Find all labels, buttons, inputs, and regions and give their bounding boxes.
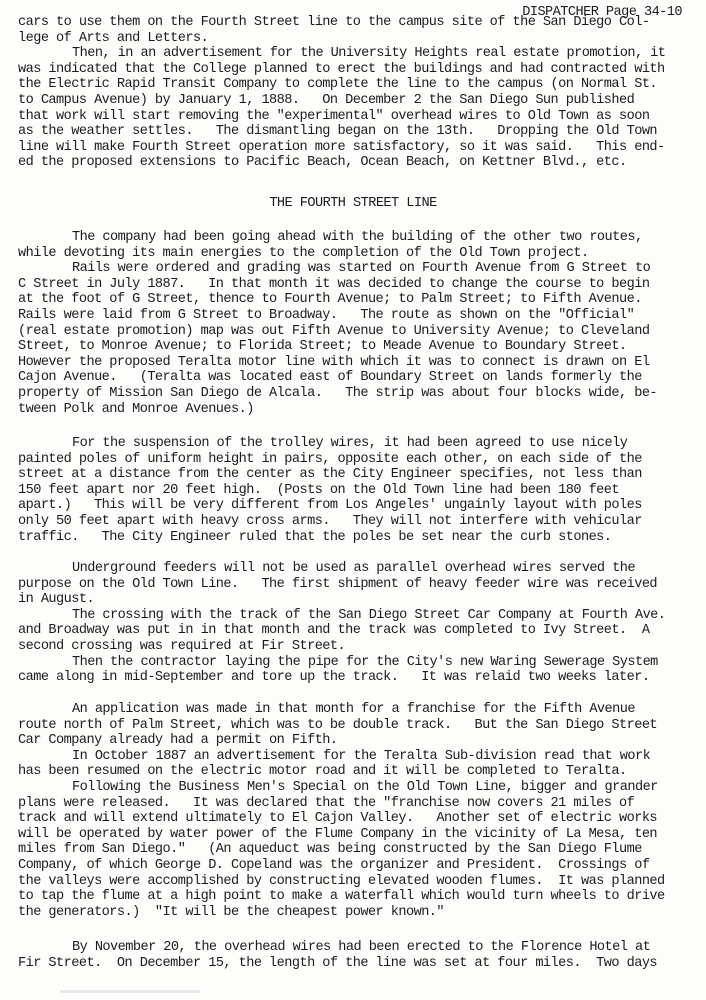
- text-line: and Broadway was put in in that month an…: [18, 623, 698, 639]
- text-line: Rails were laid from G Street to Broadwa…: [18, 308, 698, 324]
- text-line: will be operated by water power of the F…: [18, 827, 698, 843]
- section-heading: THE FOURTH STREET LINE: [0, 196, 706, 211]
- text-line: purpose on the Old Town Line. The first …: [18, 577, 698, 593]
- text-line: Rails were ordered and grading was start…: [18, 261, 698, 277]
- text-line: property of Mission San Diego de Alcala.…: [18, 386, 698, 402]
- text-line: cars to use them on the Fourth Street li…: [18, 15, 698, 31]
- text-line: Underground feeders will not be used as …: [18, 561, 698, 577]
- text-line: By November 20, the overhead wires had b…: [18, 940, 698, 956]
- text-line: to Campus Avenue) by January 1, 1888. On…: [18, 93, 698, 109]
- text-line: For the suspension of the trolley wires,…: [18, 436, 698, 452]
- text-line: as the weather settles. The dismantling …: [18, 124, 698, 140]
- text-line: only 50 feet apart with heavy cross arms…: [18, 514, 698, 530]
- text-line: traffic. The City Engineer ruled that th…: [18, 530, 698, 546]
- scan-smudge: [60, 990, 200, 993]
- text-line: Cajon Avenue. (Teralta was located east …: [18, 370, 698, 386]
- text-line: Then the contractor laying the pipe for …: [18, 655, 698, 671]
- text-line: has been resumed on the electric motor r…: [18, 764, 698, 780]
- text-line: Then, in an advertisement for the Univer…: [18, 46, 698, 62]
- text-line: (real estate promotion) map was out Fift…: [18, 324, 698, 340]
- text-line: while devoting its main energies to the …: [18, 246, 698, 262]
- text-line: However the proposed Teralta motor line …: [18, 355, 698, 371]
- text-line: ed the proposed extensions to Pacific Be…: [18, 155, 698, 171]
- text-line: apart.) This will be very different from…: [18, 498, 698, 514]
- paragraphs-feeders-crossings: Underground feeders will not be used as …: [18, 561, 698, 686]
- paragraph-trolley-wires: For the suspension of the trolley wires,…: [18, 436, 698, 545]
- text-line: lege of Arts and Letters.: [18, 31, 698, 47]
- text-line: 150 feet apart nor 20 feet high. (Posts …: [18, 483, 698, 499]
- text-line: that work will start removing the "exper…: [18, 109, 698, 125]
- text-line: street at a distance from the center as …: [18, 467, 698, 483]
- text-line: The crossing with the track of the San D…: [18, 608, 698, 624]
- text-line: route north of Palm Street, which was to…: [18, 718, 698, 734]
- text-line: painted poles of uniform height in pairs…: [18, 452, 698, 468]
- text-line: to tap the flume at a high point to make…: [18, 889, 698, 905]
- text-line: Company, of which George D. Copeland was…: [18, 858, 698, 874]
- paragraphs-routes: The company had been going ahead with th…: [18, 230, 698, 417]
- text-line: In October 1887 an advertisement for the…: [18, 749, 698, 765]
- text-line: second crossing was required at Fir Stre…: [18, 639, 698, 655]
- text-line: tween Polk and Monroe Avenues.): [18, 402, 698, 418]
- text-line: An application was made in that month fo…: [18, 702, 698, 718]
- paragraph-overhead-wires: By November 20, the overhead wires had b…: [18, 940, 698, 971]
- text-line: Car Company already had a permit on Fift…: [18, 733, 698, 749]
- text-line: plans were released. It was declared tha…: [18, 796, 698, 812]
- text-line: the valleys were accomplished by constru…: [18, 874, 698, 890]
- text-line: Street, to Monroe Avenue; to Florida Str…: [18, 339, 698, 355]
- text-line: C Street in July 1887. In that month it …: [18, 277, 698, 293]
- text-line: the generators.) "It will be the cheapes…: [18, 905, 698, 921]
- text-line: was indicated that the College planned t…: [18, 62, 698, 78]
- text-line: the Electric Rapid Transit Company to co…: [18, 77, 698, 93]
- text-line: The company had been going ahead with th…: [18, 230, 698, 246]
- text-line: track and will extend ultimately to El C…: [18, 811, 698, 827]
- text-line: at the foot of G Street, thence to Fourt…: [18, 292, 698, 308]
- text-line: miles from San Diego." (An aqueduct was …: [18, 842, 698, 858]
- text-line: in August.: [18, 592, 698, 608]
- text-line: line will make Fourth Street operation m…: [18, 140, 698, 156]
- paragraphs-franchise: An application was made in that month fo…: [18, 702, 698, 920]
- intro-paragraphs: cars to use them on the Fourth Street li…: [18, 15, 698, 171]
- text-line: Fir Street. On December 15, the length o…: [18, 956, 698, 972]
- text-line: came along in mid-September and tore up …: [18, 670, 698, 686]
- text-line: Following the Business Men's Special on …: [18, 780, 698, 796]
- document-page: DISPATCHER Page 34-10 cars to use them o…: [0, 0, 706, 1000]
